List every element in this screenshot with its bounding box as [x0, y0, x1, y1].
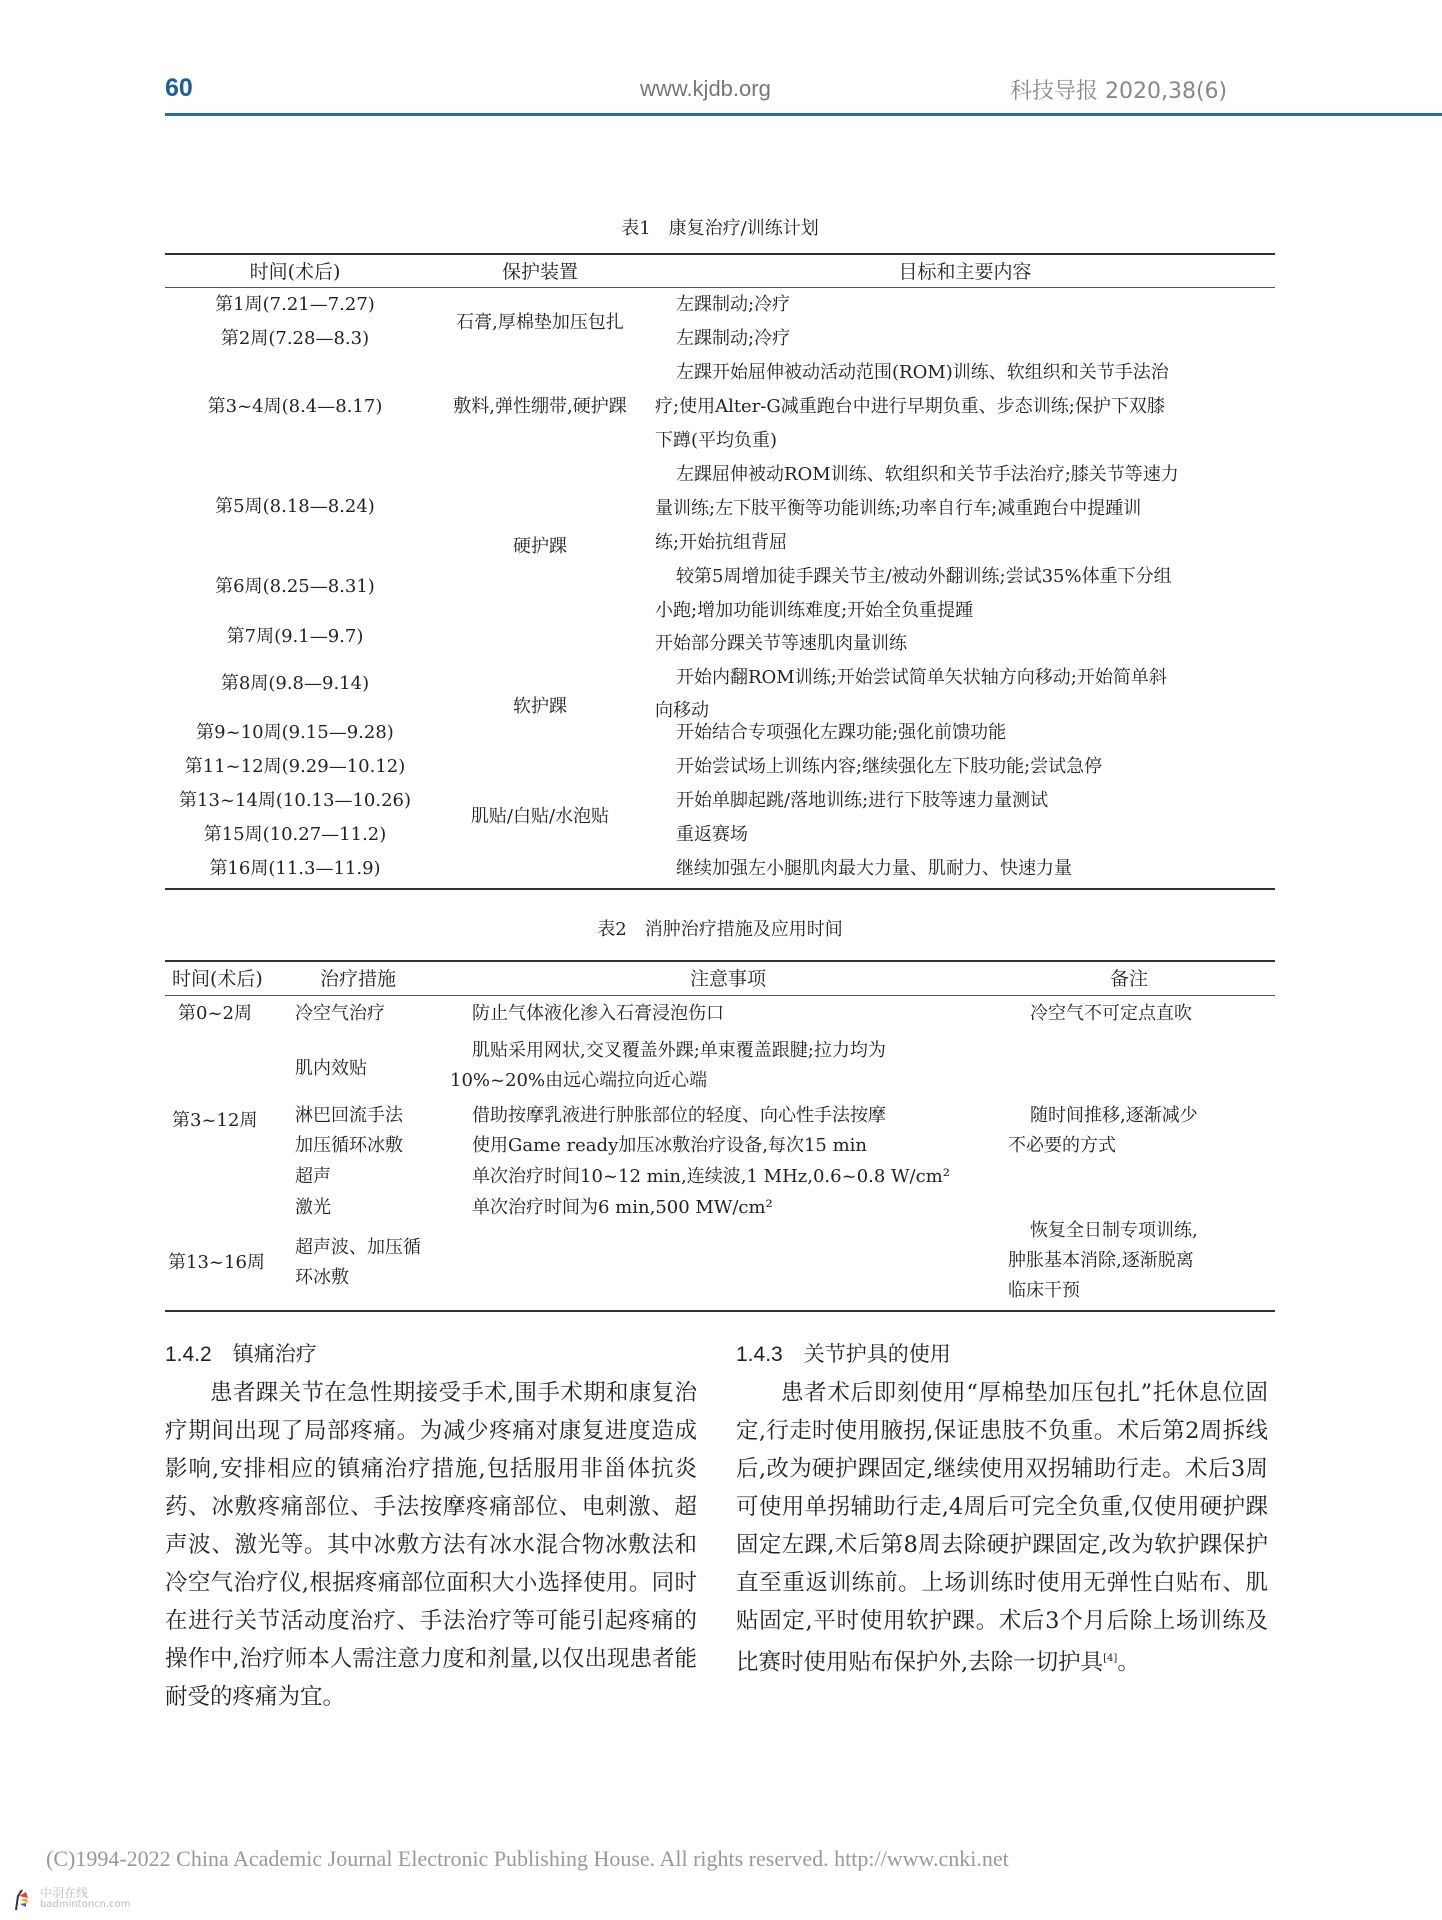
header-rule — [165, 113, 1442, 116]
table1-time-cell: 第7周(9.1—9.7) — [165, 620, 425, 654]
table1-time-cell: 第5周(8.18—8.24) — [165, 490, 425, 524]
table2-remark-line: 肿胀基本消除,逐渐脱离 — [1008, 1244, 1194, 1278]
table2-col-remarks: 备注 — [1110, 962, 1148, 996]
page-number: 60 — [165, 74, 193, 103]
table1-device-cell: 软护踝 — [425, 690, 655, 724]
table2-measure-cell: 超声 — [295, 1160, 331, 1194]
table2-remark-line: 临床干预 — [1008, 1274, 1080, 1308]
table2-notes-line: 借助按摩乳液进行肿胀部位的轻度、向心性手法按摩 — [472, 1099, 886, 1133]
table1-content-line: 左踝开始屈伸被动活动范围(ROM)训练、软组织和关节手法治 — [676, 356, 1169, 390]
table1-content-line: 左踝制动;冷疗 — [676, 288, 790, 322]
table1-content-line: 重返赛场 — [676, 818, 748, 852]
journal-website[interactable]: www.kjdb.org — [640, 76, 771, 102]
table1-device-cell: 敷料,弹性绷带,硬护踝 — [425, 390, 655, 424]
table1-content-line: 疗;使用Alter-G减重跑台中进行早期负重、步态训练;保护下双膝 — [655, 390, 1165, 424]
table1-bottom-rule — [165, 888, 1275, 890]
table2-notes-line: 防止气体液化渗入石膏浸泡伤口 — [472, 997, 724, 1031]
table1-time-cell: 第11~12周(9.29—10.12) — [165, 750, 425, 784]
section-142-title: 1.4.2 镇痛治疗 — [165, 1338, 317, 1368]
table1-time-cell: 第1周(7.21—7.27) — [165, 288, 425, 322]
table1-content-line: 练;开始抗组背屈 — [655, 526, 787, 560]
copyright-footer: (C)1994-2022 China Academic Journal Elec… — [46, 1846, 1009, 1872]
table2-bottom-rule — [165, 1310, 1275, 1312]
table1-content-line: 开始尝试场上训练内容;继续强化左下肢功能;尝试急停 — [676, 750, 1102, 784]
table1-content-line: 开始内翻ROM训练;开始尝试简单矢状轴方向移动;开始简单斜 — [676, 661, 1167, 695]
section-142-body: 患者踝关节在急性期接受手术,围手术期和康复治疗期间出现了局部疼痛。为减少疼痛对康… — [165, 1374, 697, 1716]
running-header: 60 www.kjdb.org 科技导报 2020,38(6) — [165, 72, 1442, 118]
table1-content-line: 开始部分踝关节等速肌肉量训练 — [655, 627, 907, 661]
table2-remark-line: 冷空气不可定点直吹 — [1030, 997, 1192, 1031]
section-143-text: 患者术后即刻使用“厚棉垫加压包扎”托休息位固定,行走时使用腋拐,保证患肢不负重。… — [736, 1380, 1268, 1676]
table1-time-cell: 第16周(11.3—11.9) — [165, 852, 425, 886]
table2-measure-cell: 环冰敷 — [295, 1261, 349, 1295]
table1-col-content: 目标和主要内容 — [655, 255, 1275, 289]
table2-notes-line: 单次治疗时间为6 min,500 MW/cm² — [472, 1191, 773, 1225]
table2-time-cell: 第0~2周 — [178, 997, 252, 1031]
table1-content-line: 小跑;增加功能训练难度;开始全负重提踵 — [655, 594, 973, 628]
table1-device-cell: 肌贴/白贴/水泡贴 — [425, 800, 655, 834]
table1-content-line: 继续加强左小腿肌肉最大力量、肌耐力、快速力量 — [676, 852, 1072, 886]
section-143-body: 患者术后即刻使用“厚棉垫加压包扎”托休息位固定,行走时使用腋拐,保证患肢不负重。… — [736, 1374, 1268, 1682]
table1-content-line: 左踝屈伸被动ROM训练、软组织和关节手法治疗;膝关节等速力 — [676, 458, 1179, 492]
table2-remark-line: 恢复全日制专项训练, — [1030, 1214, 1198, 1248]
table2-remark-line: 不必要的方式 — [1008, 1129, 1116, 1163]
table1-time-cell: 第2周(7.28—8.3) — [165, 322, 425, 356]
table2-header-rule — [165, 995, 1275, 996]
watermark-url: badmintoncn.com — [40, 1899, 130, 1910]
table1-content-line: 开始单脚起跳/落地训练;进行下肢等速力量测试 — [676, 784, 1048, 818]
table1-caption: 表1 康复治疗/训练计划 — [165, 214, 1275, 240]
table2-measure-cell: 加压循环冰敷 — [295, 1129, 403, 1163]
table1-col-time: 时间(术后) — [165, 255, 425, 289]
table2-measure-cell: 冷空气治疗 — [295, 997, 385, 1031]
table1-col-device: 保护装置 — [425, 255, 655, 289]
table2-notes-line: 肌贴采用网状,交叉覆盖外踝;单束覆盖跟腱;拉力均为 — [472, 1034, 886, 1068]
table2-time-cell: 第13~16周 — [168, 1246, 265, 1280]
table2-caption: 表2 消肿治疗措施及应用时间 — [165, 915, 1275, 941]
watermark: 中羽在线 badmintoncn.com — [12, 1884, 162, 1918]
table2-measure-cell: 激光 — [295, 1191, 331, 1225]
table2-remark-line: 随时间推移,逐渐减少 — [1030, 1099, 1198, 1133]
table2-col-measure: 治疗措施 — [320, 962, 396, 996]
section-143-title: 1.4.3 关节护具的使用 — [736, 1338, 951, 1368]
table1-content-line: 量训练;左下肢平衡等功能训练;功率自行车;减重跑台中提踵训 — [655, 492, 1141, 526]
table1-time-cell: 第8周(9.8—9.14) — [165, 667, 425, 701]
table1-content-line: 开始结合专项强化左踝功能;强化前馈功能 — [676, 716, 1006, 750]
table1-content-line: 左踝制动;冷疗 — [676, 322, 790, 356]
table1-device-cell: 硬护踝 — [425, 530, 655, 564]
table1-device-cell: 石膏,厚棉垫加压包扎 — [425, 306, 655, 340]
table2-measure-cell: 淋巴回流手法 — [295, 1099, 403, 1133]
table1-content-line: 下蹲(平均负重) — [655, 424, 777, 458]
journal-citation: 科技导报 2020,38(6) — [1010, 74, 1227, 105]
table1-time-cell: 第3~4周(8.4—8.17) — [165, 390, 425, 424]
table2-notes-line: 10%~20%由远心端拉向近心端 — [450, 1064, 707, 1098]
table2-measure-cell: 肌内效贴 — [295, 1052, 367, 1086]
table2-col-notes: 注意事项 — [690, 962, 766, 996]
citation-ref[interactable]: [4] — [1103, 1653, 1117, 1664]
table2-col-time: 时间(术后) — [172, 962, 263, 996]
table1-time-cell: 第13~14周(10.13—10.26) — [165, 784, 425, 818]
section-143-end: 。 — [1117, 1650, 1140, 1676]
table2-notes-line: 单次治疗时间10~12 min,连续波,1 MHz,0.6~0.8 W/cm² — [472, 1160, 950, 1194]
table2-time-cell: 第3~12周 — [172, 1104, 257, 1138]
table2-notes-line: 使用Game ready加压冰敷治疗设备,每次15 min — [472, 1129, 867, 1163]
table1-time-cell: 第15周(10.27—11.2) — [165, 818, 425, 852]
table1-content-line: 较第5周增加徒手踝关节主/被动外翻训练;尝试35%体重下分组 — [676, 560, 1172, 594]
table1-time-cell: 第9~10周(9.15—9.28) — [165, 716, 425, 750]
table1-time-cell: 第6周(8.25—8.31) — [165, 570, 425, 604]
table2-measure-cell: 超声波、加压循 — [295, 1231, 421, 1265]
shuttlecock-logo-icon — [12, 1888, 32, 1912]
